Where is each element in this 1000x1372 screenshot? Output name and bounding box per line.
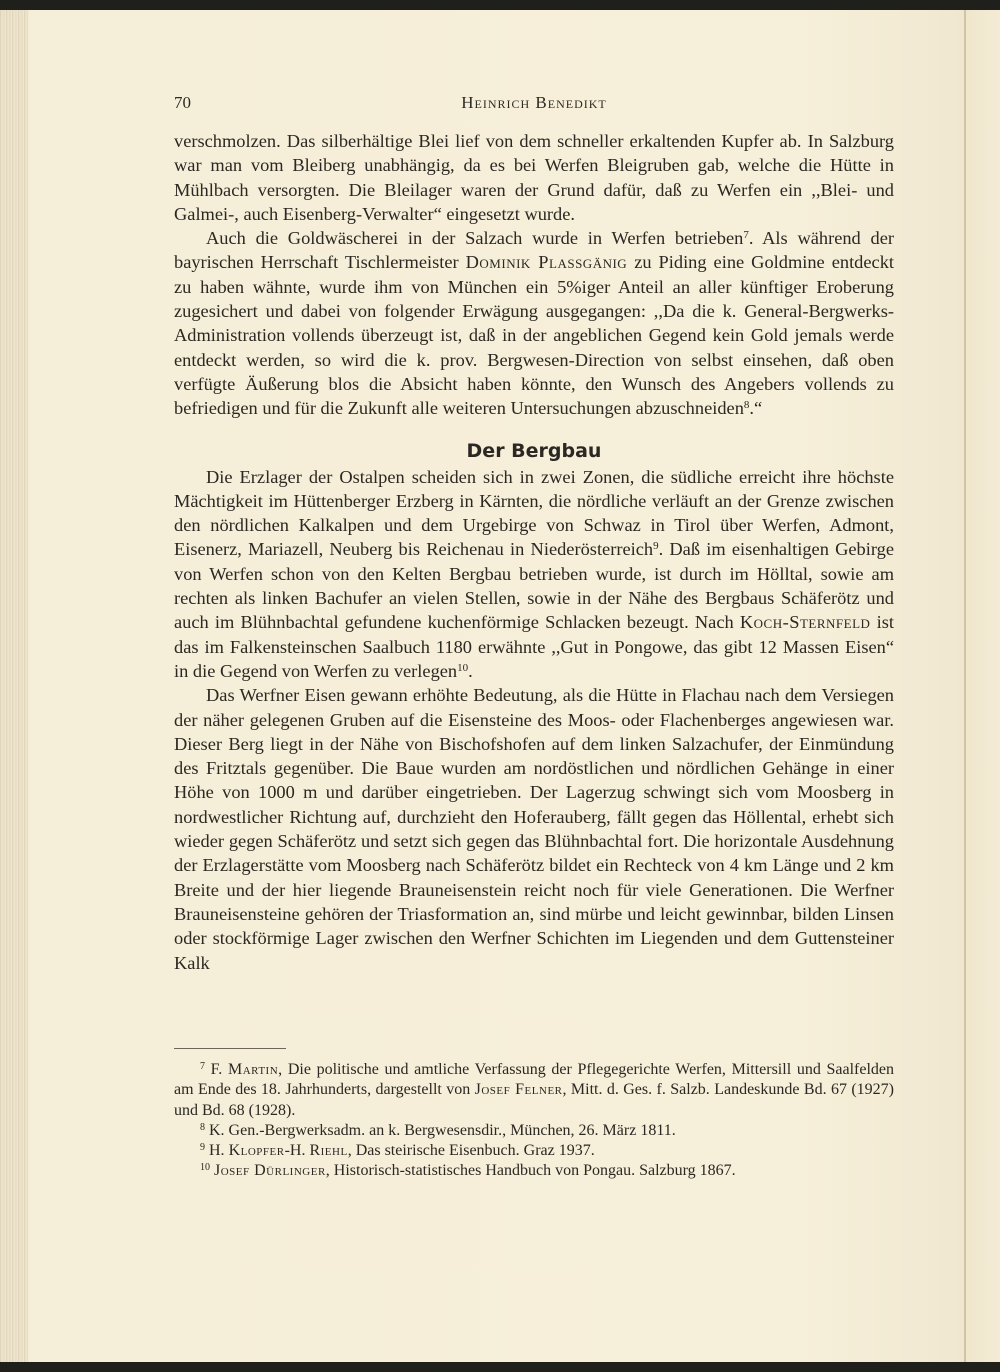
paragraph: verschmolzen. Das silberhältige Blei lie… [174,129,894,226]
footnotes: 7 F. Martin, Die politische und amtliche… [174,1060,894,1182]
footnote-reference: 7 [743,229,749,241]
author-name: Josef Dürlinger [214,1162,326,1179]
page-stack-left-edge [0,10,28,1362]
running-title: Heinrich Benedikt [174,93,894,113]
footnote: 10 Josef Dürlinger, Historisch-statistis… [174,1161,894,1181]
footnote-reference: 8 [744,399,750,411]
author-name: Riehl [309,1142,347,1159]
footnote: 7 F. Martin, Die politische und amtliche… [174,1060,894,1121]
footnote: 9 H. Klopfer-H. Riehl, Das steirische Ei… [174,1141,894,1161]
author-name: Josef Felner [475,1081,563,1098]
section-heading: Der Bergbau [174,439,894,463]
running-head: 70 Heinrich Benedikt [174,93,894,115]
author-name: Martin [228,1061,278,1078]
body-text: verschmolzen. Das silberhältige Blei lie… [174,129,894,975]
footnote: 8 K. Gen.-Bergwerksadm. an k. Bergwesens… [174,1121,894,1141]
footnote-reference: 10 [457,662,468,674]
paragraph: Die Erzlager der Ostalpen scheiden sich … [174,465,894,684]
paragraph: Auch die Goldwäscherei in der Salzach wu… [174,226,894,420]
footnote-number: 9 [200,1142,205,1153]
page-gutter-line [964,10,966,1362]
author-name: Koch-Sternfeld [740,612,871,632]
footnote-separator [174,1048,286,1049]
footnote-number: 8 [200,1122,205,1133]
paragraph: Das Werfner Eisen gewann erhöhte Bedeutu… [174,683,894,975]
author-name: Klopfer [229,1142,285,1159]
footnote-number: 10 [200,1162,210,1173]
footnote-reference: 9 [653,540,659,552]
facing-page-edge [966,10,1000,1362]
author-name: Dominik Plassgänig [466,252,628,272]
footnote-number: 7 [200,1061,205,1072]
